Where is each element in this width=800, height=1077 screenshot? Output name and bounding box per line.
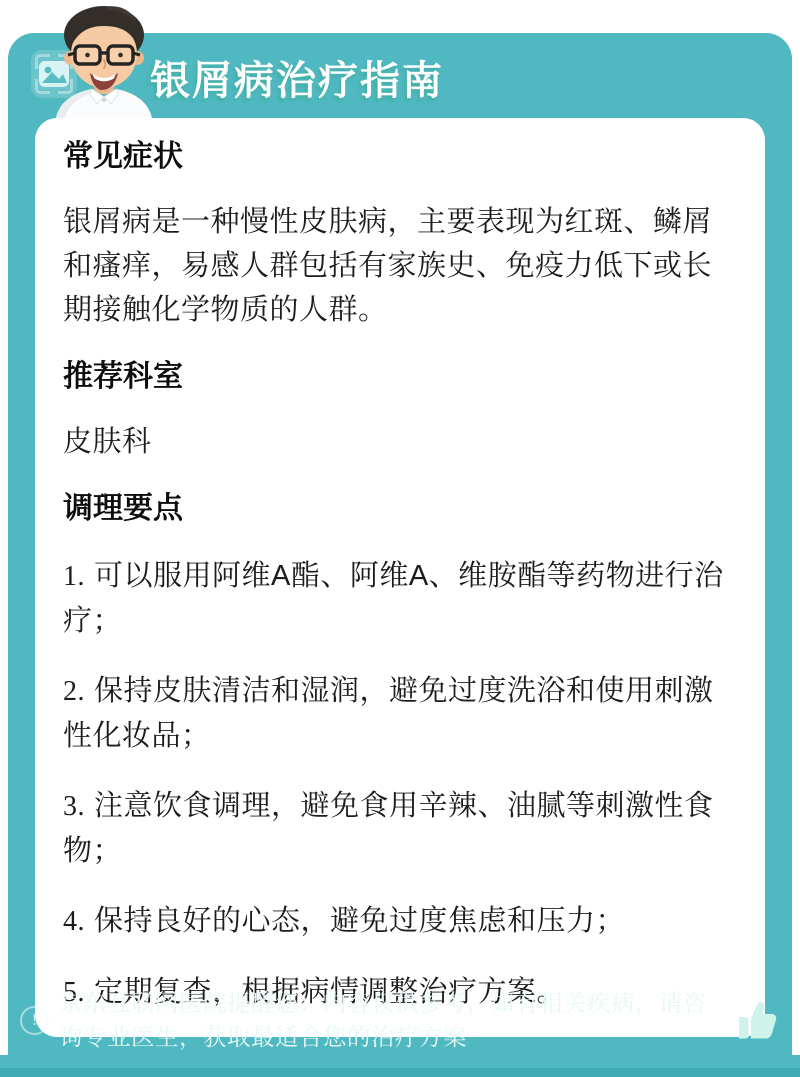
page-title: 银屑病治疗指南: [150, 49, 444, 106]
content-card: 常见症状 银屑病是一种慢性皮肤病，主要表现为红斑、鳞屑和瘙痒，易感人群包括有家族…: [35, 118, 765, 1037]
care-point-item: 2.保持皮肤清洁和湿润，避免过度洗浴和使用刺激性化妆品；: [63, 669, 737, 758]
disclaimer-text: 京东互联网医院提醒您：内容仅供参考，如有相关疾病，请咨询专业医生，获取最适合您的…: [59, 986, 721, 1054]
symptoms-paragraph: 银屑病是一种慢性皮肤病，主要表现为红斑、鳞屑和瘙痒，易感人群包括有家族史、免疫力…: [63, 200, 737, 332]
section-heading-symptoms: 常见症状: [63, 138, 737, 176]
footer-disclaimer: ! 京东互联网医院提醒您：内容仅供参考，如有相关疾病，请咨询专业医生，获取最适合…: [20, 986, 782, 1054]
page: 银屑病治疗指南 常见症状 银屑病是一种慢性皮肤病，主要表现为红斑、鳞屑和瘙痒，易…: [0, 0, 800, 1077]
exclamation-circle-icon: !: [20, 1006, 49, 1035]
list-number: 3.: [63, 791, 85, 822]
care-point-text: 保持良好的心态，避免过度焦虑和压力；: [94, 905, 625, 937]
care-point-item: 1.可以服用阿维A酯、阿维A、维胺酯等药物进行治疗；: [63, 554, 737, 643]
doctor-avatar-illustration: [46, 2, 162, 118]
department-value: 皮肤科: [63, 420, 737, 464]
section-heading-department: 推荐科室: [63, 358, 737, 396]
doctor-avatar: [46, 2, 162, 118]
care-point-text: 可以服用阿维A酯、阿维A、维胺酯等药物进行治疗；: [63, 560, 724, 637]
care-point-item: 4.保持良好的心态，避免过度焦虑和压力；: [63, 899, 737, 944]
care-point-item: 3.注意饮食调理，避免食用辛辣、油腻等刺激性食物；: [63, 784, 737, 873]
teal-bottom-dark-strip: [0, 1068, 800, 1077]
list-number: 1.: [63, 561, 85, 592]
care-point-text: 注意饮食调理，避免食用辛辣、油腻等刺激性食物；: [63, 790, 714, 867]
thumbs-up-icon[interactable]: [733, 996, 781, 1044]
section-heading-care-points: 调理要点: [63, 490, 737, 528]
list-number: 4.: [63, 906, 85, 937]
care-point-text: 保持皮肤清洁和湿润，避免过度洗浴和使用刺激性化妆品；: [63, 675, 714, 752]
list-number: 2.: [63, 676, 85, 707]
